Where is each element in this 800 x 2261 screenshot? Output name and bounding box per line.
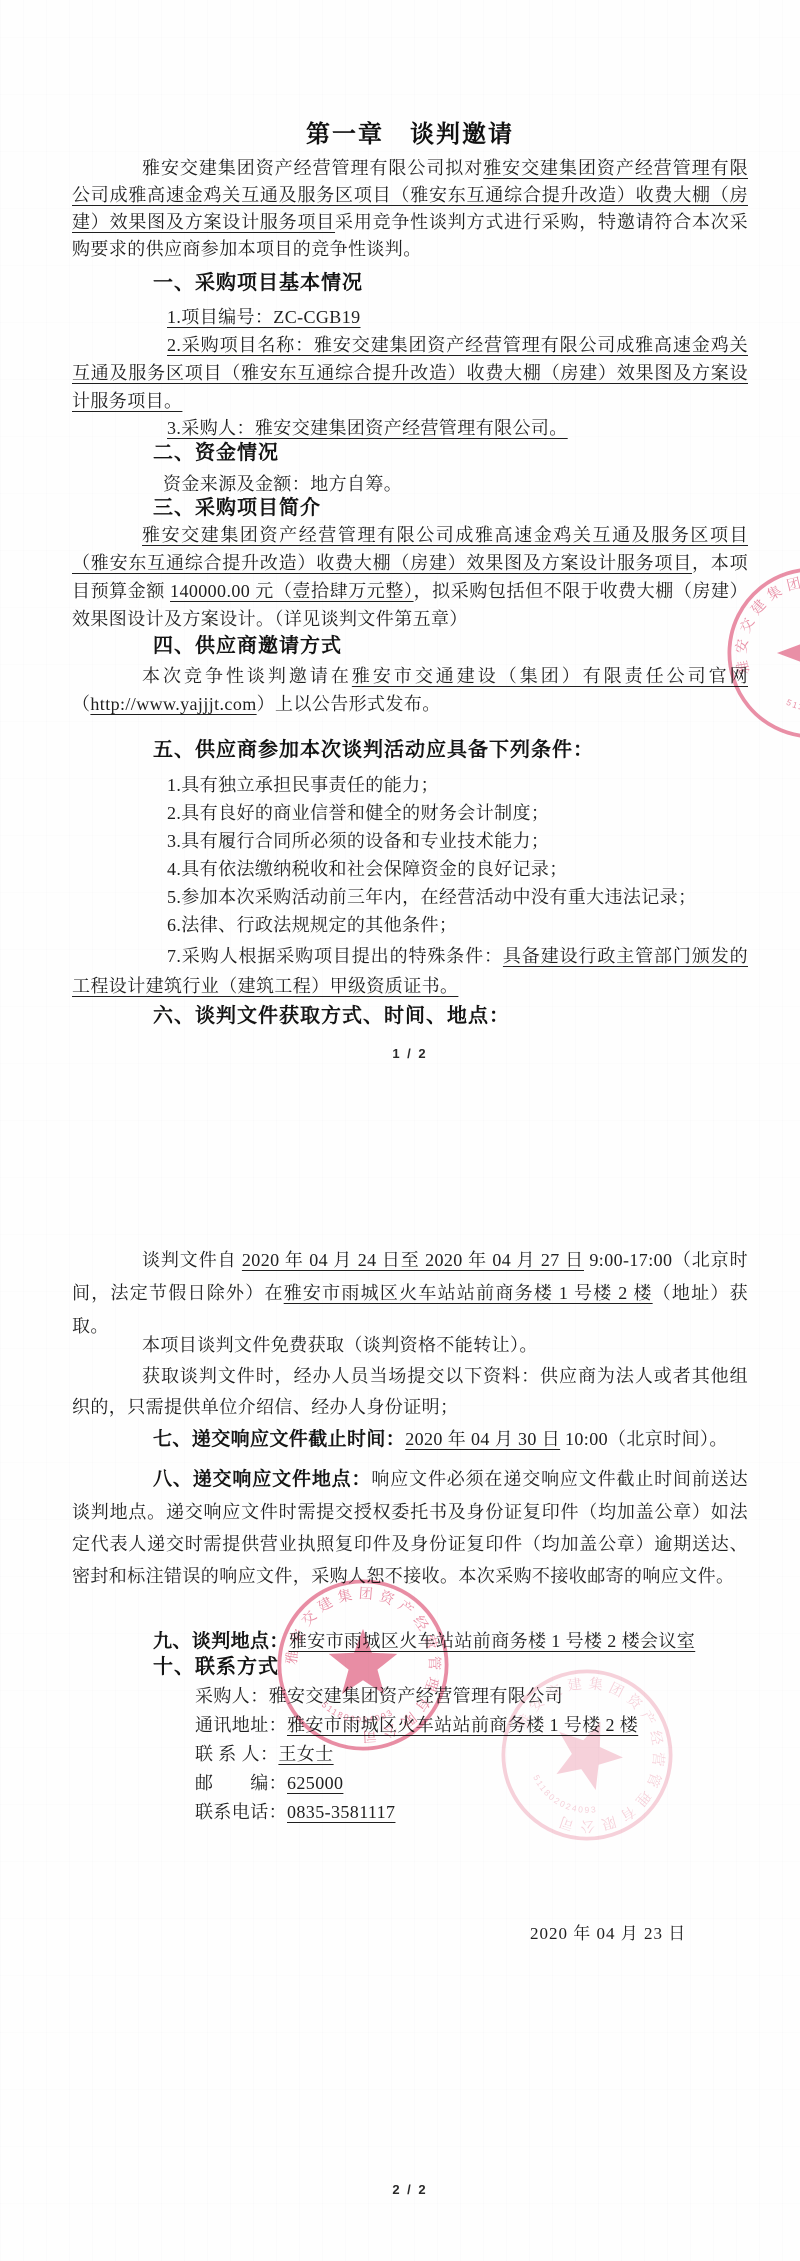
supplier-conditions-list: 1.具有独立承担民事责任的能力； 2.具有良好的商业信誉和健全的财务会计制度； … — [72, 771, 748, 939]
document-date: 2020 年 04 月 23 日 — [72, 1920, 748, 1948]
purchaser-item: 3.采购人：雅安交建集团资产经营管理有限公司。 — [72, 414, 748, 442]
project-number-item: 1.项目编号：ZC-CGB19 — [72, 303, 748, 331]
page-1-number: 1 / 2 — [72, 1040, 748, 1068]
section-8-heading: 八、递交响应文件地点： — [153, 1469, 371, 1490]
chapter-title: 第一章 谈判邀请 — [72, 120, 748, 150]
intro-paragraph: 雅安交建集团资产经营管理有限公司拟对雅安交建集团资产经营管理有限公司成雅高速金鸡… — [72, 155, 748, 263]
condition-item-3: 3.具有履行合同所必须的设备和专业技术能力； — [72, 827, 748, 855]
official-site-url: http://www.yajjjt.com — [90, 694, 256, 714]
condition-item-6: 6.法律、行政法规规定的其他条件； — [72, 911, 748, 939]
project-number-text: 1.项目编号：ZC-CGB19 — [167, 307, 361, 327]
budget-amount: 140000.00 元（壹拾肆万元整） — [170, 581, 414, 601]
intro-text-1: 雅安交建集团资产经营管理有限公司拟对 — [142, 158, 483, 178]
deadline-tail: 10:00（北京时间）。 — [560, 1429, 728, 1449]
condition-item-7: 7.采购人根据采购项目提出的特殊条件：具备建设行政主管部门颁发的工程设计建筑行业… — [72, 941, 748, 1001]
condition-7-text: 7.采购人根据采购项目提出的特殊条件： — [167, 946, 503, 966]
section-1-heading: 一、采购项目基本情况 — [72, 270, 748, 296]
section-2-heading: 二、资金情况 — [72, 440, 748, 466]
star-icon — [329, 1629, 398, 1694]
document-obtain-paragraph: 谈判文件自 2020 年 04 月 24 日至 2020 年 04 月 27 日… — [72, 1244, 748, 1343]
zip-value: 625000 — [287, 1773, 343, 1793]
purchaser-text: 3.采购人：雅安交建集团资产经营管理有限公司。 — [167, 418, 568, 438]
condition-item-5: 5.参加本次采购活动前三年内，在经营活动中没有重大违法记录； — [72, 883, 748, 911]
phone-value: 0835-3581117 — [287, 1802, 395, 1822]
project-name-text: 2.采购项目名称：雅安交建集团资产经营管理有限公司成雅高速金鸡关互通及服务区项目… — [72, 335, 748, 411]
funding-source-text: 资金来源及金额：地方自筹。 — [72, 470, 748, 498]
seal-code-text: 511802024093 — [320, 1699, 396, 1724]
section-7-heading: 七、递交响应文件截止时间： — [153, 1429, 405, 1450]
obtain-address: 雅安市雨城区火车站站前商务楼 1 号楼 2 楼 — [284, 1283, 653, 1303]
seal-code-text: 511802024093 — [783, 676, 800, 724]
invitation-method-paragraph: 本次竞争性谈判邀请在雅安市交通建设（集团）有限责任公司官网（http://www… — [72, 662, 748, 718]
section-5-heading: 五、供应商参加本次谈判活动应具备下列条件： — [72, 737, 748, 763]
obtain-date-range: 2020 年 04 月 24 日至 2020 年 04 月 27 日 — [242, 1250, 584, 1270]
invite-text-3: ）上以公告形式发布。 — [257, 694, 441, 714]
section-6-heading: 六、谈判文件获取方式、时间、地点： — [72, 1003, 748, 1029]
section-4-heading: 四、供应商邀请方式 — [72, 633, 748, 659]
condition-item-4: 4.具有依法缴纳税收和社会保障资金的良好记录； — [72, 855, 748, 883]
brief-underlined-project-name: 雅安交建集团资产经营管理有限公司成雅高速金鸡关互通及服务区项目（雅安东互通综合提… — [72, 525, 748, 573]
zip-label: 邮 编： — [195, 1773, 287, 1793]
obtain-text-1: 谈判文件自 — [142, 1250, 242, 1270]
project-brief-paragraph: 雅安交建集团资产经营管理有限公司成雅高速金鸡关互通及服务区项目（雅安东互通综合提… — [72, 521, 748, 633]
star-icon — [769, 608, 800, 691]
condition-item-1: 1.具有独立承担民事责任的能力； — [72, 771, 748, 799]
contact-person-label: 联 系 人： — [195, 1744, 278, 1764]
invite-text-1: 本次竞争性谈判邀请在 — [142, 666, 352, 686]
project-name-item: 2.采购项目名称：雅安交建集团资产经营管理有限公司成雅高速金鸡关互通及服务区项目… — [72, 331, 748, 415]
condition-item-2: 2.具有良好的商业信誉和健全的财务会计制度； — [72, 799, 748, 827]
phone-label: 联系电话： — [195, 1802, 287, 1822]
company-seal-stamp-main: 雅安交建集团资产经营管理有限公司 511802024093 — [268, 1570, 458, 1760]
star-icon — [544, 1709, 632, 1795]
svg-text:511802024093: 511802024093 — [320, 1699, 396, 1724]
section-3-heading: 三、采购项目简介 — [72, 495, 748, 521]
scanned-document-view: 第一章 谈判邀请 雅安交建集团资产经营管理有限公司拟对雅安交建集团资产经营管理有… — [0, 0, 800, 2261]
page-2-number: 2 / 2 — [72, 2176, 748, 2204]
official-site-name: 雅安市交通建设（集团）有限责任公司官网 — [352, 666, 748, 686]
deadline-line: 七、递交响应文件截止时间：2020 年 04 月 30 日 10:00（北京时间… — [72, 1424, 748, 1455]
required-materials-paragraph: 获取谈判文件时，经办人员当场提交以下资料：供应商为法人或者其他组织的，只需提供单… — [72, 1361, 748, 1423]
svg-text:511802024093: 511802024093 — [783, 676, 800, 724]
free-document-note: 本项目谈判文件免费获取（谈判资格不能转让）。 — [72, 1331, 748, 1359]
invite-text-2: （ — [72, 694, 90, 714]
deadline-date: 2020 年 04 月 30 日 — [405, 1429, 560, 1449]
purchaser-label: 采购人： — [195, 1686, 269, 1706]
